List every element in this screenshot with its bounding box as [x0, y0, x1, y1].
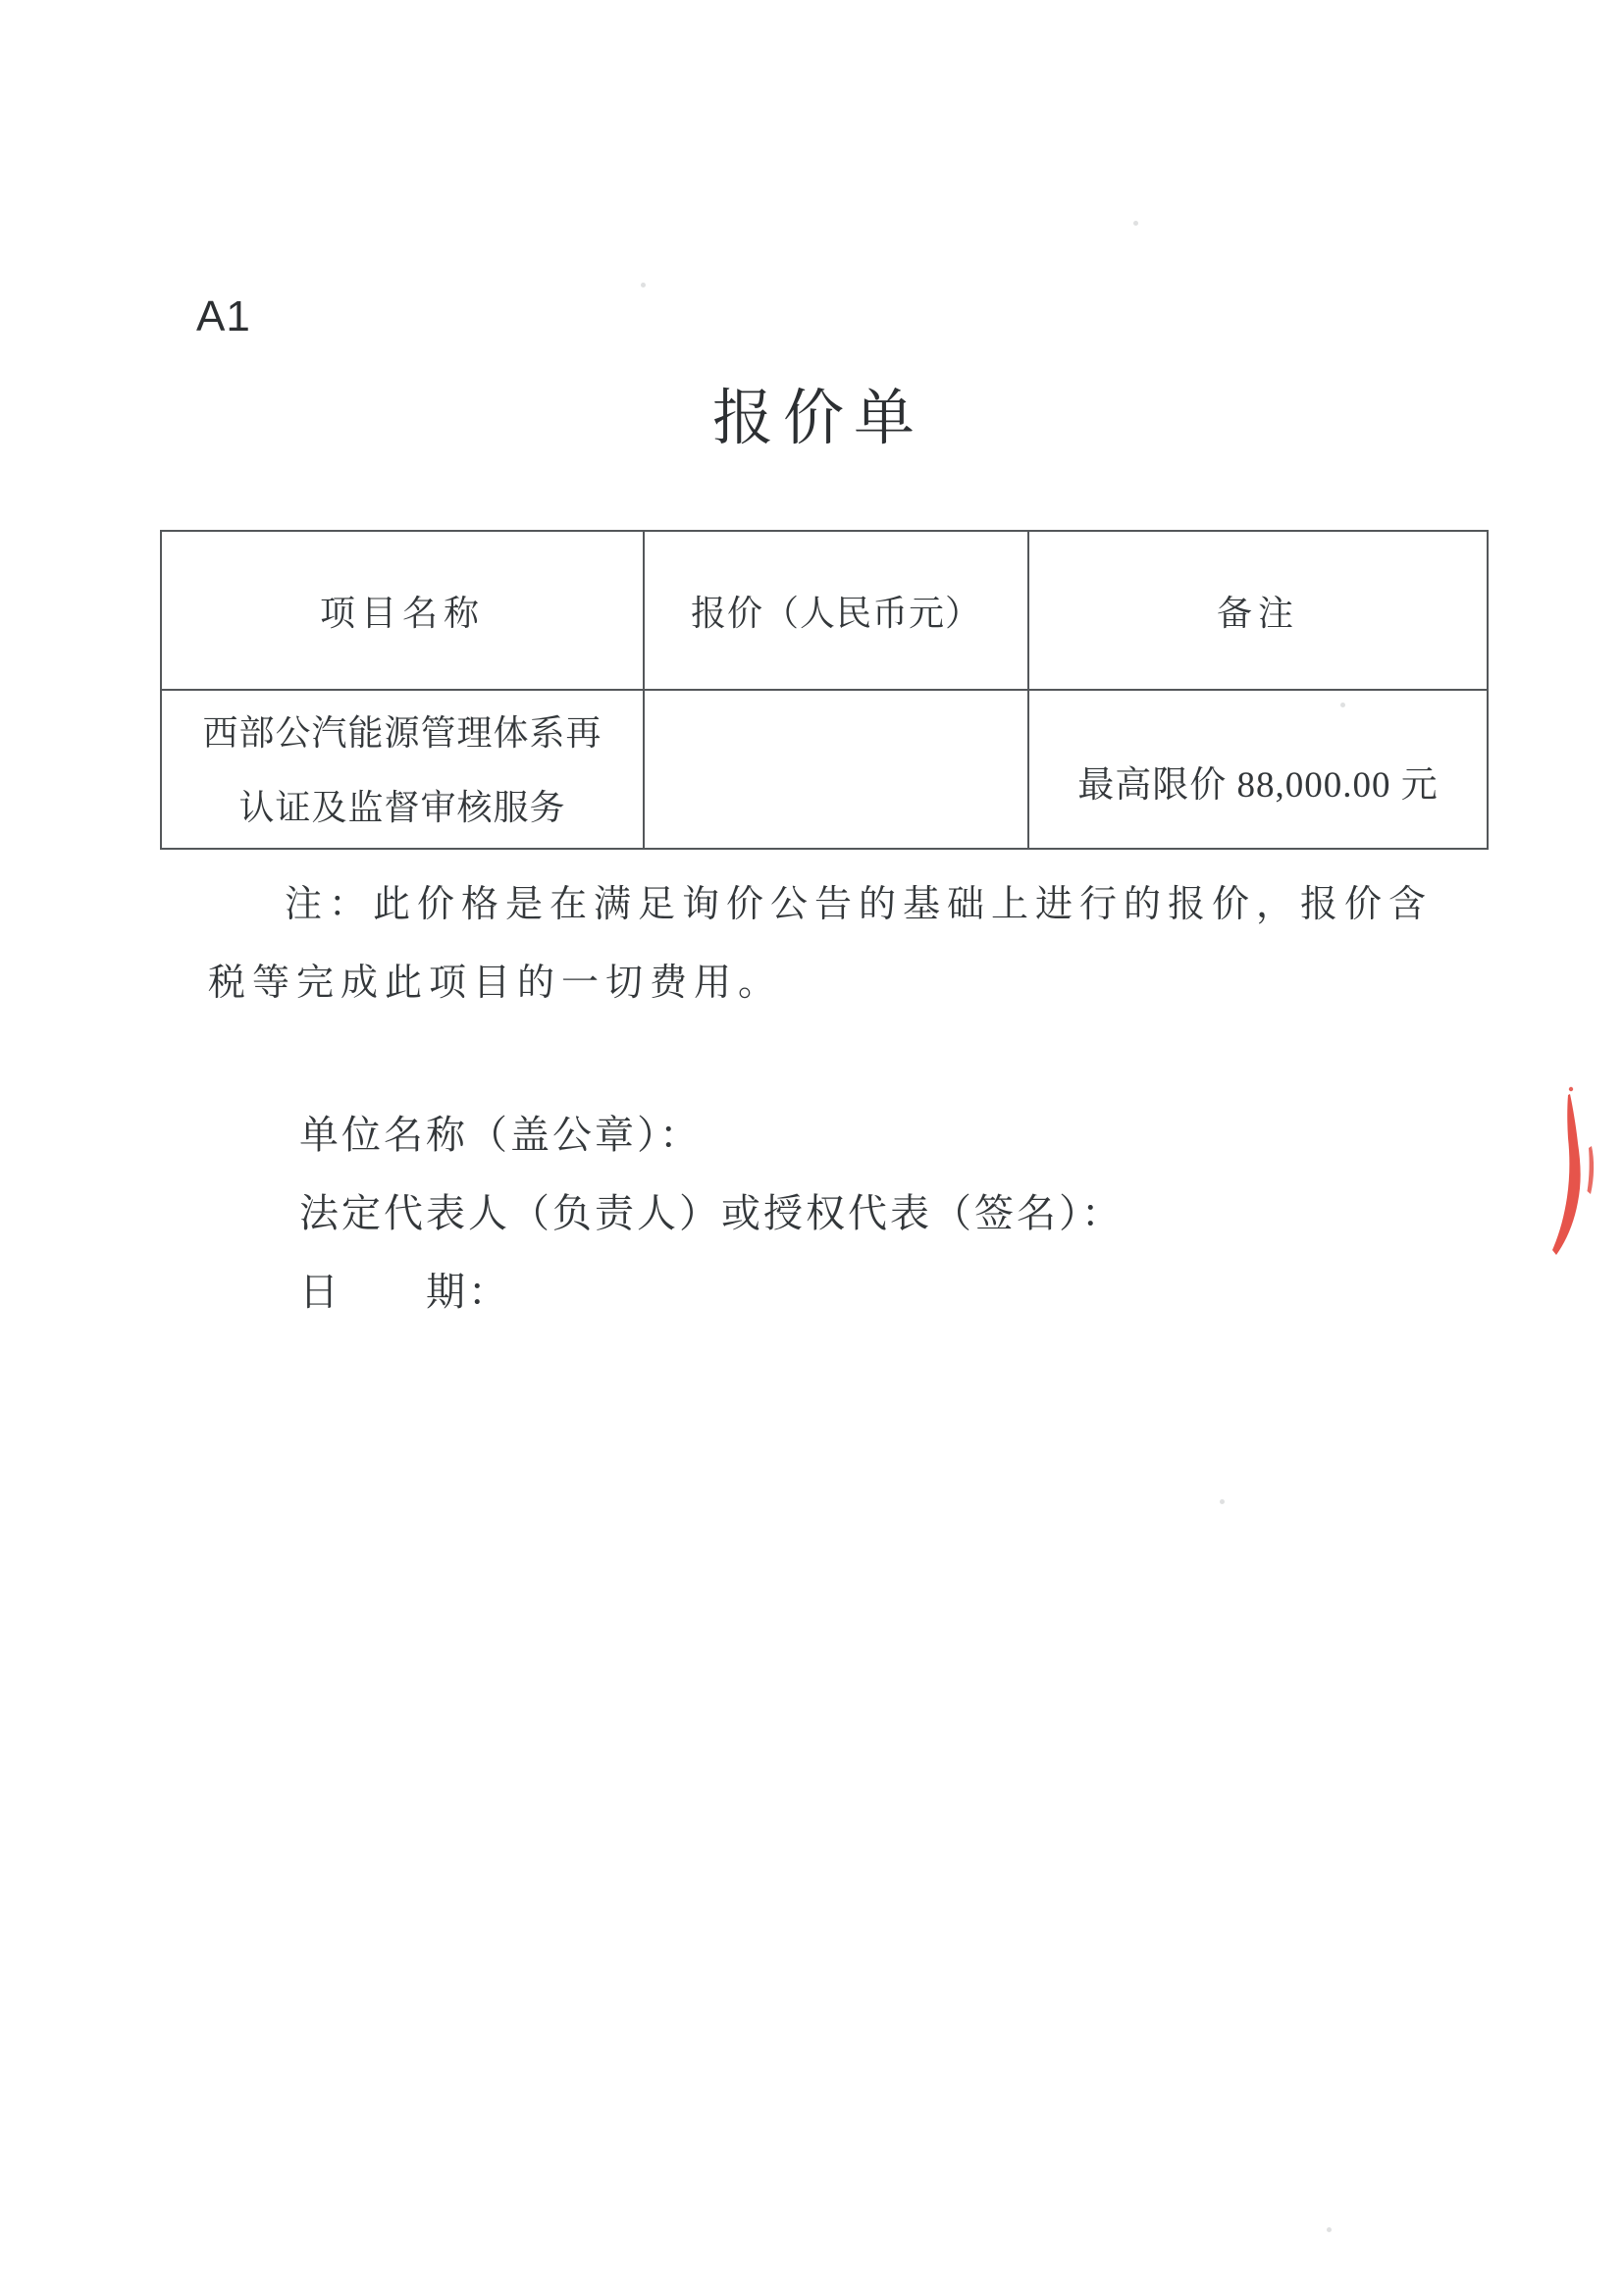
note-line1: 注：此价格是在满足询价公告的基础上进行的报价，报价含 — [208, 865, 1474, 944]
project-name-line2: 认证及监督审核服务 — [238, 770, 565, 845]
table-cell-quote-value — [645, 691, 1029, 848]
project-name-line1: 西部公汽能源管理体系再 — [202, 696, 602, 770]
company-name-line: 单位名称（盖公章）： — [299, 1096, 1124, 1174]
scan-speck — [1340, 703, 1345, 707]
scan-speck — [1133, 221, 1138, 226]
quote-table: 项目名称 报价（人民币元） 备注 西部公汽能源管理体系再 认证及监督审核服务 最… — [160, 530, 1489, 850]
scan-speck — [1327, 2227, 1332, 2232]
note-line2: 税等完成此项目的一切费用。 — [208, 944, 1474, 1022]
signature-block: 单位名称（盖公章）： 法定代表人（负责人）或授权代表（签名）： 日 期： — [299, 1096, 1124, 1331]
red-pen-mark — [1541, 1084, 1614, 1266]
scan-speck — [1220, 1499, 1225, 1504]
table-cell-project-name: 西部公汽能源管理体系再 认证及监督审核服务 — [162, 691, 645, 848]
note-paragraph: 注：此价格是在满足询价公告的基础上进行的报价，报价含 税等完成此项目的一切费用。 — [208, 865, 1474, 1022]
representative-line: 法定代表人（负责人）或授权代表（签名）： — [299, 1174, 1124, 1253]
table-cell-remark: 最高限价 88,000.00 元 — [1029, 691, 1487, 848]
date-line: 日 期： — [299, 1253, 1124, 1331]
table-header-project-name: 项目名称 — [162, 532, 645, 691]
table-header-quote: 报价（人民币元） — [645, 532, 1029, 691]
table-header-remark: 备注 — [1029, 532, 1487, 691]
scan-speck — [641, 283, 646, 287]
doc-label: A1 — [196, 292, 251, 341]
page-title: 报价单 — [0, 369, 1623, 456]
